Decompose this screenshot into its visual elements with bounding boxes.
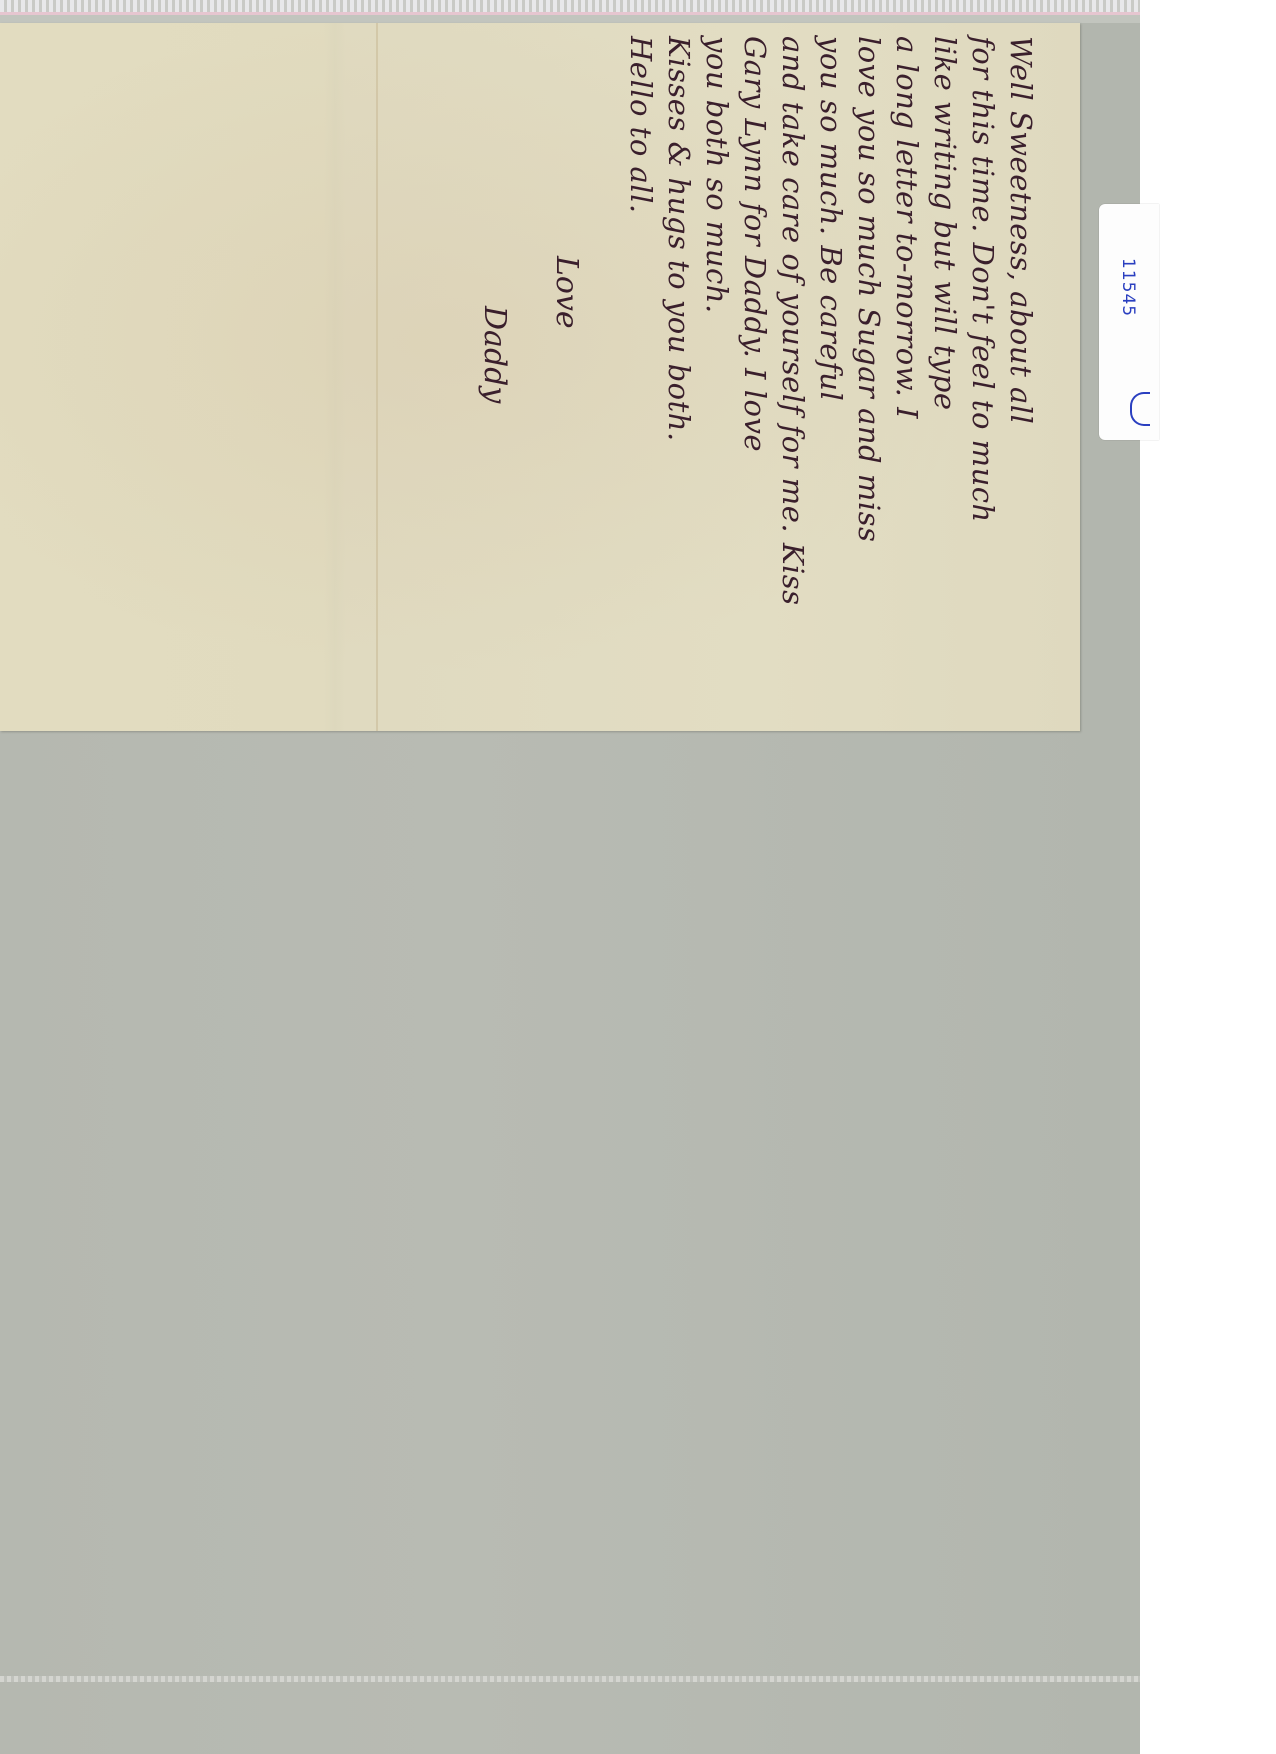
- letter-line: Gary Lynn for Daddy. I love: [736, 36, 774, 676]
- letter-closing: Love: [530, 36, 602, 676]
- letter-line: Hello to all.: [622, 36, 660, 676]
- letter-line: you both so much.: [698, 36, 736, 676]
- letter-signature: Daddy: [458, 36, 530, 676]
- letter-line: for this time. Don't feel to much: [964, 36, 1002, 676]
- archive-label-tab: [1099, 204, 1159, 440]
- sleeve-bottom-seam: [0, 1676, 1140, 1682]
- letter-line: Well Sweetness, about all: [1002, 36, 1040, 676]
- letter-line: like writing but will type: [926, 36, 964, 676]
- letter-line: Kisses & hugs to you both.: [660, 36, 698, 676]
- paper-fold-line: [376, 23, 378, 731]
- sleeve-top-band: [0, 15, 1140, 23]
- scanner-margin: [1140, 0, 1276, 1754]
- letter-line: love you so much Sugar and miss: [850, 36, 888, 676]
- sleeve-top-seam: [0, 0, 1140, 15]
- letter-line: you so much. Be careful: [812, 36, 850, 676]
- archive-label-mark-icon: [1130, 392, 1150, 426]
- archive-label-number: 11545: [1118, 258, 1138, 317]
- letter-body: Well Sweetness, about all for this time.…: [458, 36, 1040, 676]
- letter-line: a long letter to-morrow. I: [888, 36, 926, 676]
- letter-line: and take care of yourself for me. Kiss: [774, 36, 812, 676]
